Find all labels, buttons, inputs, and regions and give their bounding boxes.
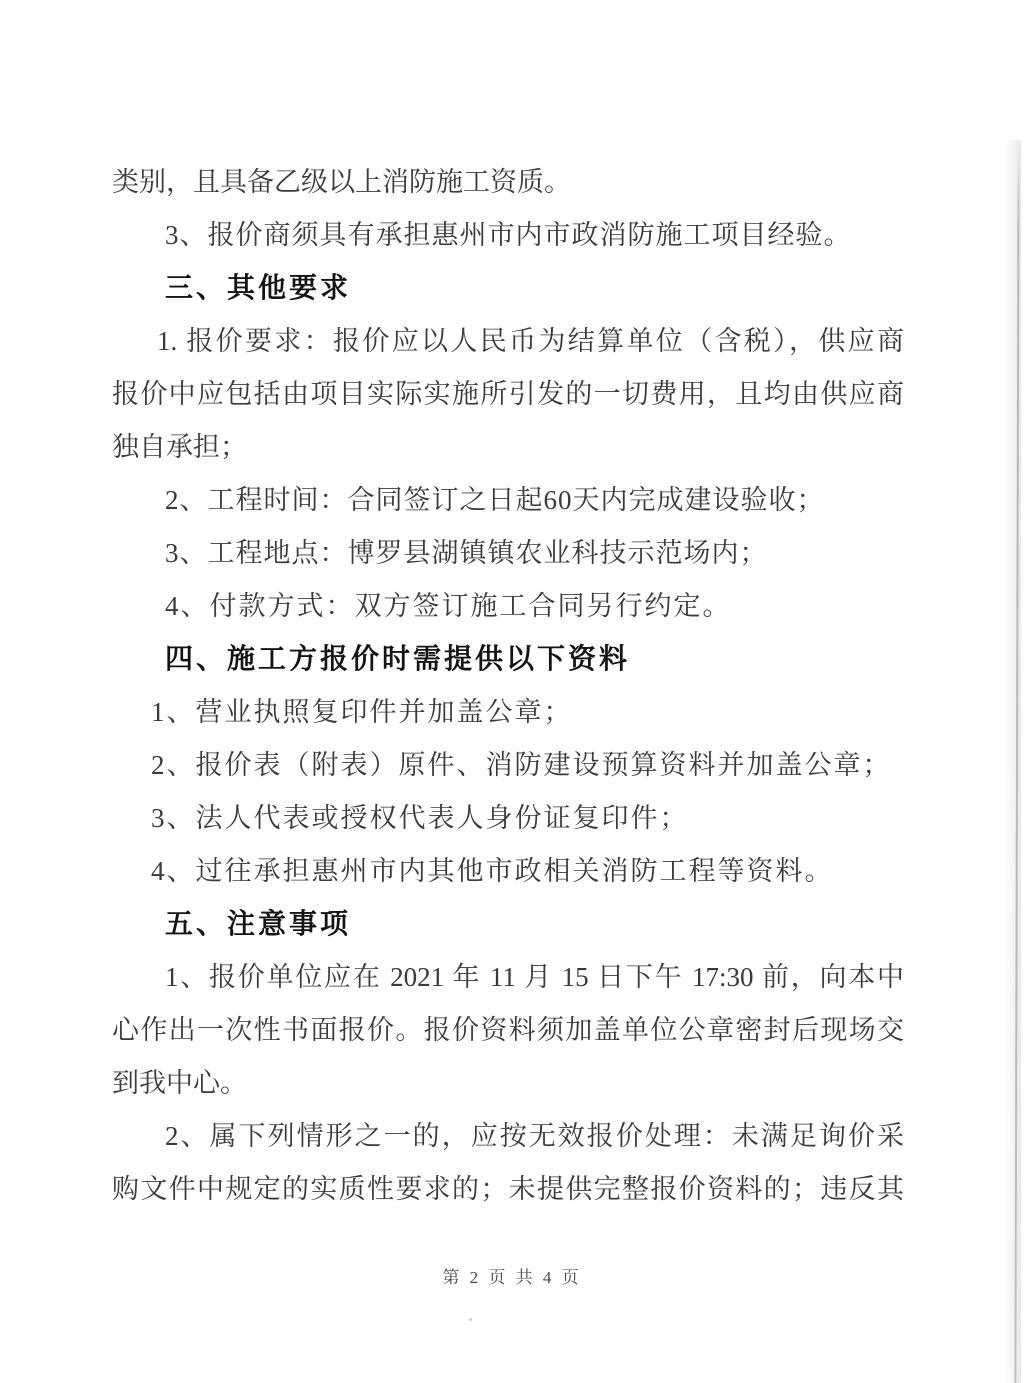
section-heading: 四、施工方报价时需提供以下资料 (112, 633, 904, 686)
document-body: 类别，且具备乙级以上消防施工资质。 3、报价商须具有承担惠州市内市政消防施工项目… (112, 156, 904, 1216)
section-heading: 三、其他要求 (112, 262, 904, 315)
doc-line: 3、工程地点：博罗县湖镇镇农业科技示范场内； (112, 527, 904, 580)
doc-line: 3、报价商须具有承担惠州市内市政消防施工项目经验。 (112, 209, 904, 262)
doc-line: 4、付款方式：双方签订施工合同另行约定。 (112, 580, 904, 633)
doc-line: 4、过往承担惠州市内其他市政相关消防工程等资料。 (112, 845, 904, 898)
doc-line: 2、报价表（附表）原件、消防建设预算资料并加盖公章； (112, 739, 904, 792)
doc-line: 2、工程时间：合同签订之日起60天内完成建设验收； (112, 474, 904, 527)
section-heading: 五、注意事项 (112, 898, 904, 951)
doc-line: 类别，且具备乙级以上消防施工资质。 (112, 156, 904, 209)
scan-edge-shadow (1006, 140, 1021, 1383)
doc-line: 1. 报价要求：报价应以人民币为结算单位（含税），供应商 (112, 315, 904, 368)
doc-line: 1、报价单位应在 2021 年 11 月 15 日下午 17:30 前，向本中 (112, 951, 904, 1004)
scan-speck (469, 1318, 472, 1321)
page-number-footer: 第 2 页 共 4 页 (0, 1266, 1024, 1290)
scanned-document-page: 类别，且具备乙级以上消防施工资质。 3、报价商须具有承担惠州市内市政消防施工项目… (0, 0, 1024, 1383)
doc-line: 到我中心。 (112, 1057, 904, 1110)
doc-line: 1、营业执照复印件并加盖公章； (112, 686, 904, 739)
doc-line: 购文件中规定的实质性要求的；未提供完整报价资料的；违反其 (112, 1163, 904, 1216)
doc-line: 2、属下列情形之一的，应按无效报价处理：未满足询价采 (112, 1110, 904, 1163)
doc-line: 独自承担； (112, 421, 904, 474)
scan-edge-line (1014, 150, 1019, 1383)
doc-line: 报价中应包括由项目实际实施所引发的一切费用，且均由供应商 (112, 368, 904, 421)
doc-line: 心作出一次性书面报价。报价资料须加盖单位公章密封后现场交 (112, 1004, 904, 1057)
doc-line: 3、法人代表或授权代表人身份证复印件； (112, 792, 904, 845)
